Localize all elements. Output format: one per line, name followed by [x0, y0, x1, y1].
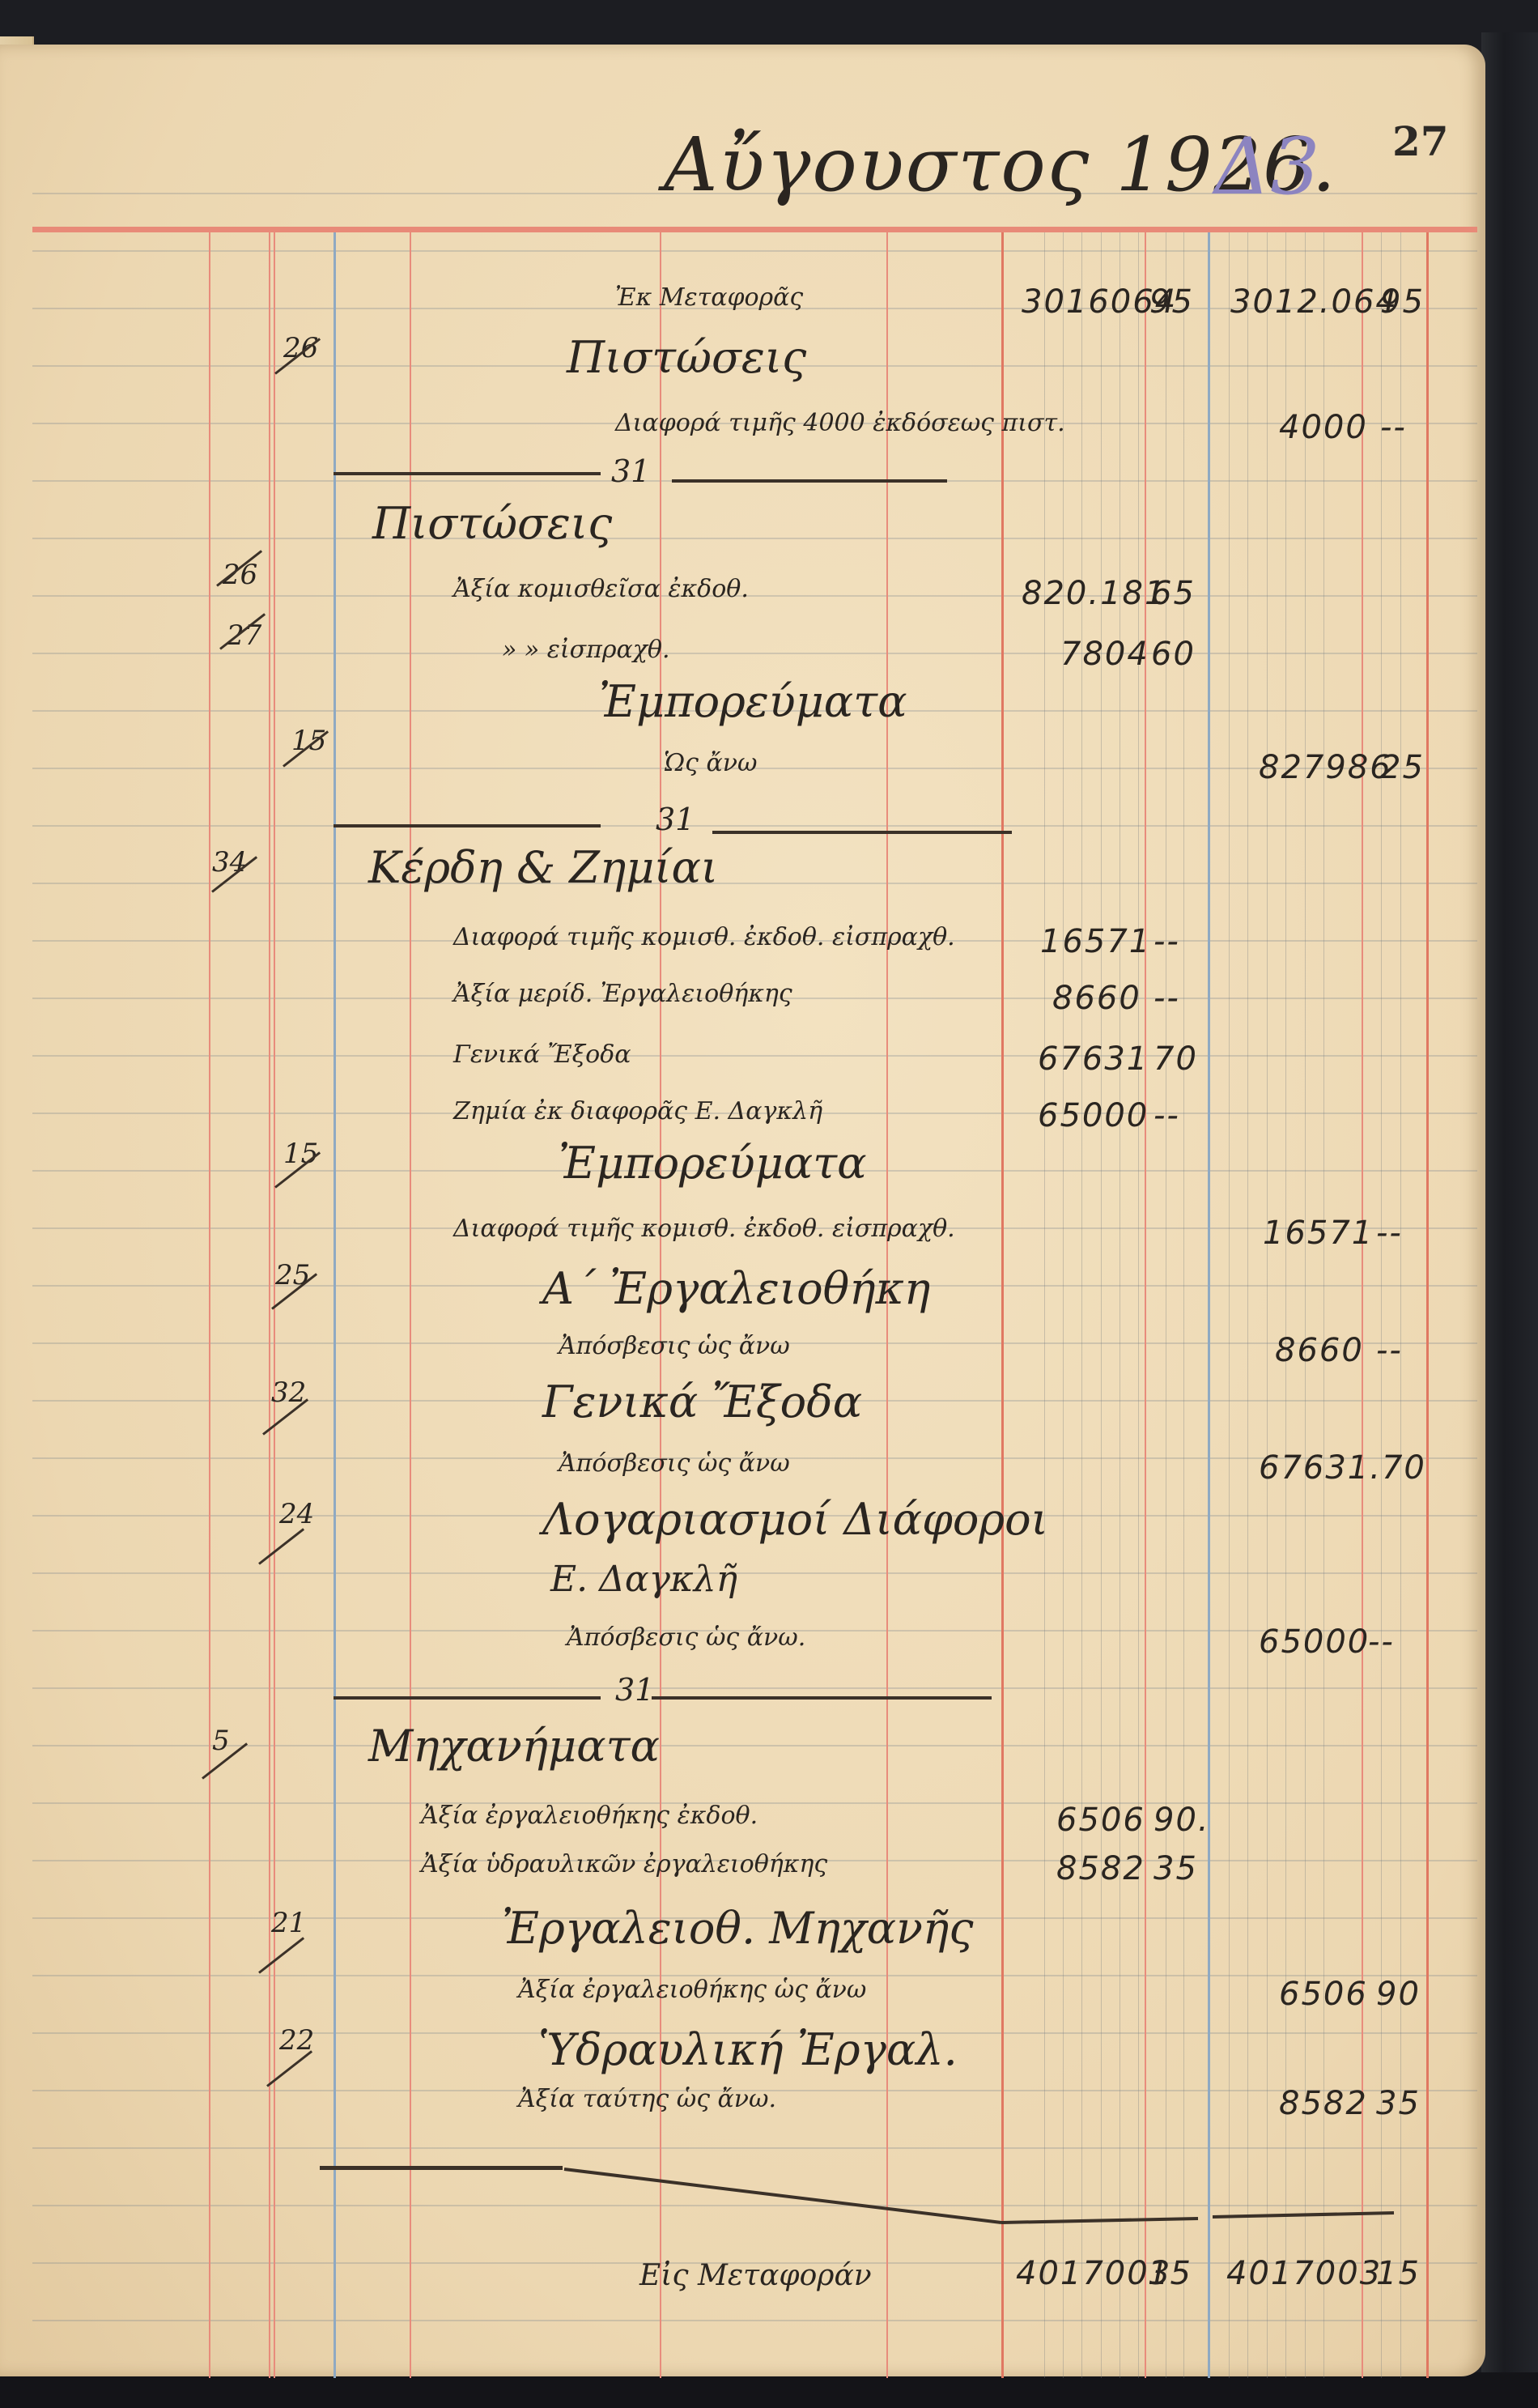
credit-total: 4017003: [1226, 2255, 1382, 2292]
credit-total-cents: 15: [1376, 2255, 1421, 2292]
closing-rule-diagonal: [0, 0, 1538, 2408]
debit-total-cents: 15: [1148, 2255, 1192, 2292]
carry-forward-label: Εἰς Μεταφοράν: [639, 2259, 872, 2292]
